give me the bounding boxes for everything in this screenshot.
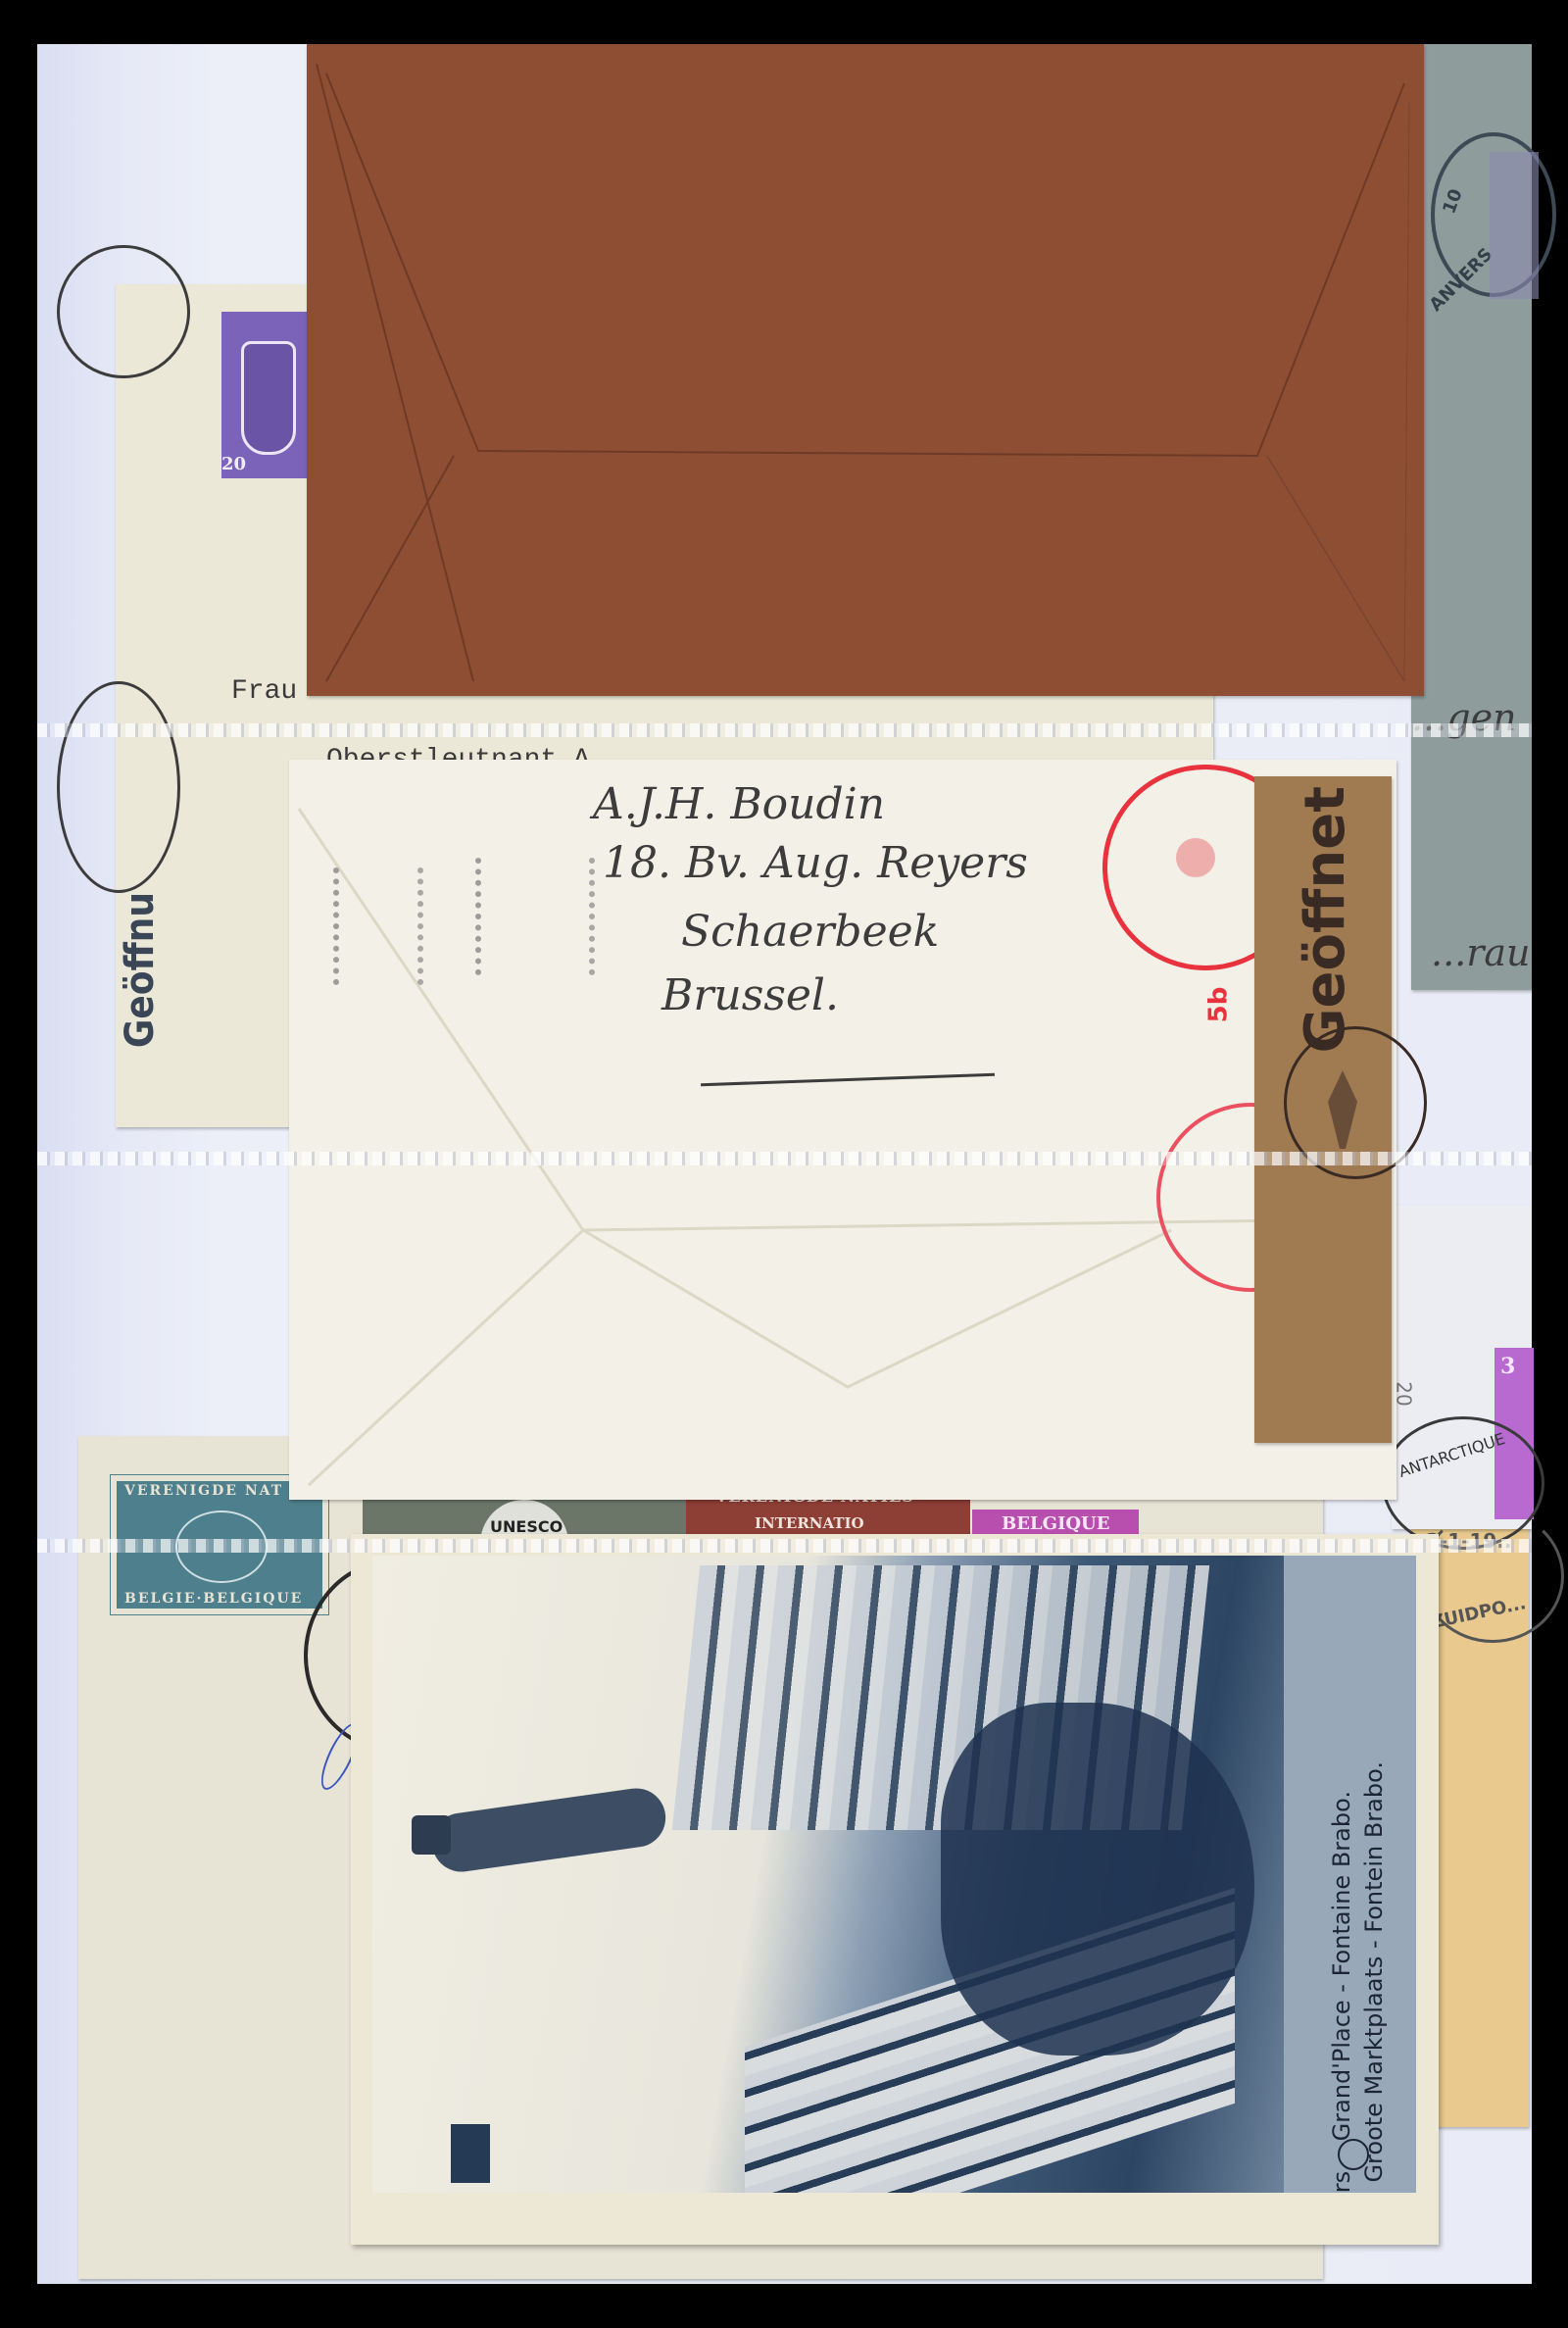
stamp bbox=[1490, 152, 1539, 299]
shield-icon bbox=[241, 341, 296, 455]
eagle-icon bbox=[1176, 838, 1215, 877]
censor-text: Geöffnu bbox=[118, 892, 163, 1048]
right-cover: 20 3 ANTARCTIQUE bbox=[1392, 1206, 1532, 1529]
album-strip bbox=[37, 1152, 1532, 1165]
antarctic-postmark bbox=[1382, 1416, 1544, 1550]
caption-line2: Antwerpen Groote Marktplaats - Fontein B… bbox=[1360, 1761, 1388, 2193]
sender-name: A.J.H. Boudin bbox=[593, 779, 885, 829]
censor-tape: Geöffnet bbox=[1254, 776, 1392, 1443]
fountain-rocks bbox=[941, 1703, 1254, 2056]
postcard-photo: Anvers Grand'Place - Fontaine Brabo. Ant… bbox=[372, 1556, 1416, 2193]
publisher-logo-icon bbox=[1338, 2139, 1369, 2170]
sender-district: Schaerbeek bbox=[681, 907, 939, 957]
machine-cancel bbox=[475, 858, 595, 975]
script-fragment: ...rau bbox=[1431, 931, 1531, 974]
typed-salutation: Frau bbox=[231, 676, 297, 707]
censor-tape-text: Geöffnet bbox=[1294, 786, 1357, 1053]
cathedral-tower bbox=[451, 2124, 490, 2183]
sender-street: 18. Bv. Aug. Reyers bbox=[603, 838, 1028, 888]
white-envelope: A.J.H. Boudin 18. Bv. Aug. Reyers Schaer… bbox=[289, 760, 1396, 1500]
brabo-statue bbox=[428, 1785, 669, 1876]
album-strip bbox=[37, 723, 1532, 737]
machine-cancel bbox=[333, 867, 423, 985]
belgium-lion-stamp: 20 bbox=[221, 312, 310, 478]
caption-line1: Anvers Grand'Place - Fontaine Brabo. bbox=[1328, 1791, 1355, 2193]
censor-mark-number: 5b bbox=[1203, 987, 1233, 1023]
grey-cover: 10 ANVERS ...gen ...rau bbox=[1411, 44, 1532, 990]
sender-city: Brussel. bbox=[661, 970, 839, 1020]
severed-hand bbox=[412, 1815, 451, 1855]
wehrmacht-postmark bbox=[57, 245, 190, 378]
envelope-flaps bbox=[307, 44, 1424, 696]
album-strip bbox=[37, 1539, 1532, 1553]
postcard: Anvers Grand'Place - Fontaine Brabo. Ant… bbox=[351, 1534, 1439, 2245]
censor-postmark bbox=[57, 681, 180, 893]
brown-envelope bbox=[307, 44, 1424, 696]
